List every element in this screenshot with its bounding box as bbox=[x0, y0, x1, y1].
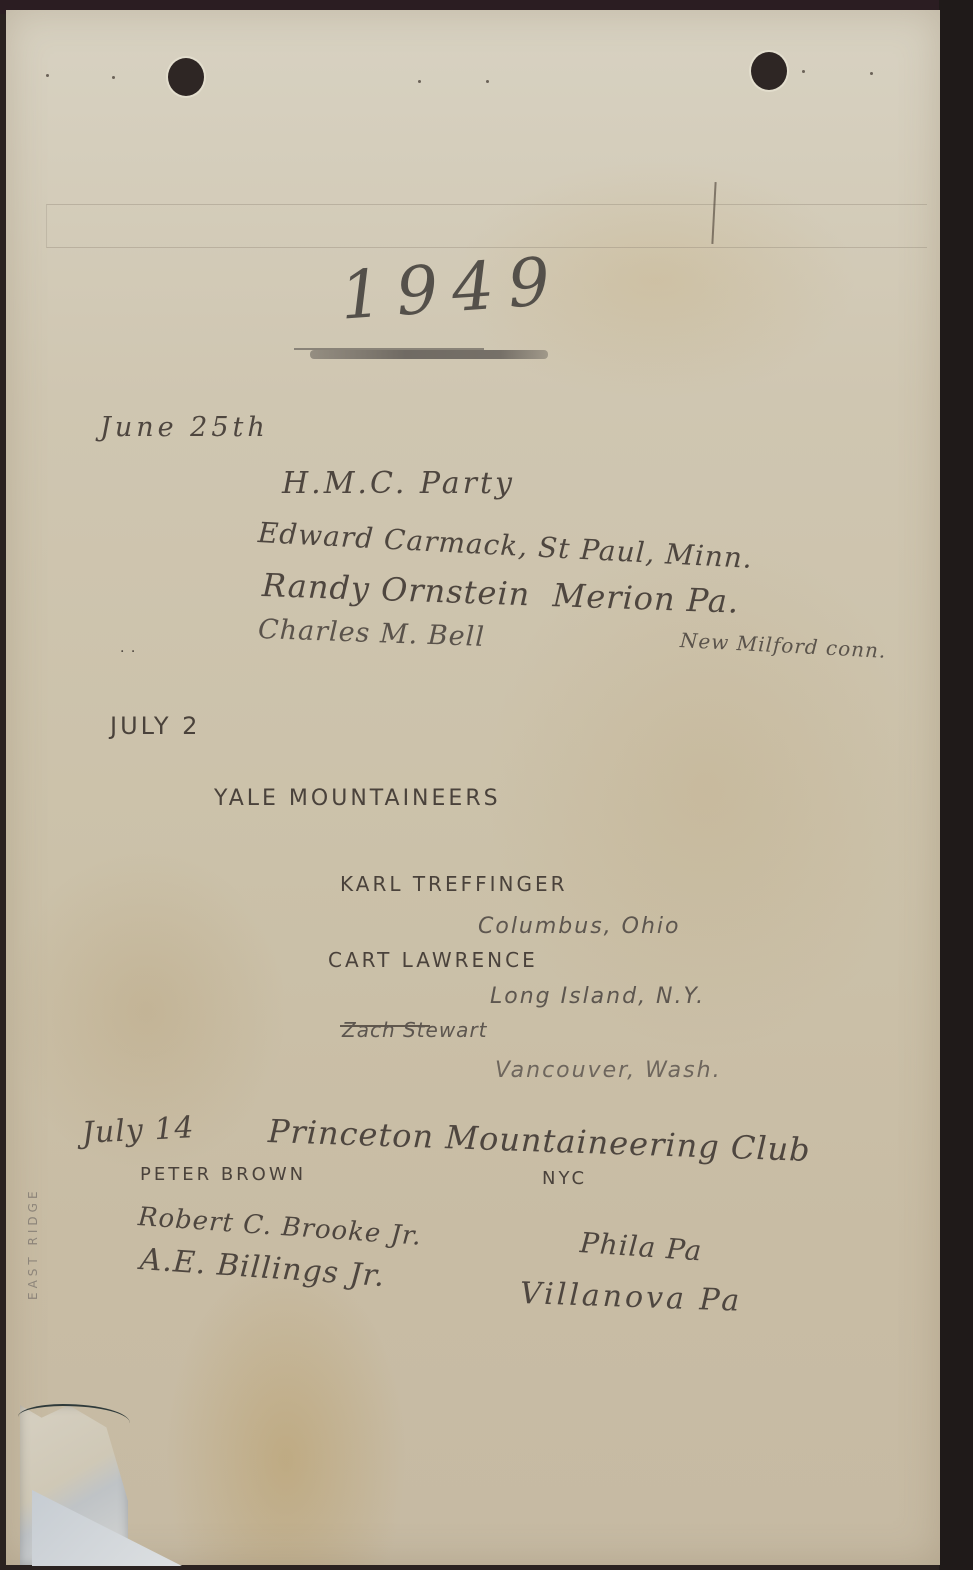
pin-dot bbox=[486, 80, 489, 83]
punch-hole-right bbox=[751, 52, 787, 90]
pin-dot bbox=[870, 72, 873, 75]
member-location: Columbus, Ohio bbox=[478, 914, 681, 939]
entry-date: JULY 2 bbox=[110, 712, 200, 740]
member-name: KARL TREFFINGER bbox=[340, 872, 568, 896]
pin-dot bbox=[46, 74, 49, 77]
member-name: PETER BROWN bbox=[140, 1164, 306, 1185]
pin-dot bbox=[802, 70, 805, 73]
entry-group: YALE MOUNTAINEERS bbox=[214, 786, 501, 811]
photo-backdrop-right bbox=[939, 0, 973, 1570]
separator: , bbox=[517, 530, 539, 564]
member-location: Long Island, N.Y. bbox=[490, 984, 705, 1009]
punch-hole-left bbox=[168, 58, 204, 96]
entry-group: H.M.C. Party bbox=[282, 466, 515, 501]
member-name: Zach Stewart bbox=[342, 1018, 488, 1042]
member-location: NYC bbox=[542, 1168, 587, 1189]
faded-ruled-header-box bbox=[46, 204, 927, 248]
pin-dot bbox=[112, 76, 115, 79]
margin-stamp: EAST RIDGE bbox=[26, 1187, 40, 1300]
year-heading: 1949 bbox=[338, 242, 567, 334]
year-underline bbox=[310, 350, 548, 359]
pin-dot bbox=[418, 80, 421, 83]
pencil-marks: · · bbox=[120, 644, 136, 660]
entry-date: June 25th bbox=[100, 412, 269, 443]
entry-date: July 14 bbox=[81, 1110, 195, 1151]
member-name: CART LAWRENCE bbox=[328, 948, 538, 972]
member-location: Merion Pa. bbox=[552, 576, 740, 620]
member-location: Vancouver, Wash. bbox=[495, 1058, 722, 1083]
